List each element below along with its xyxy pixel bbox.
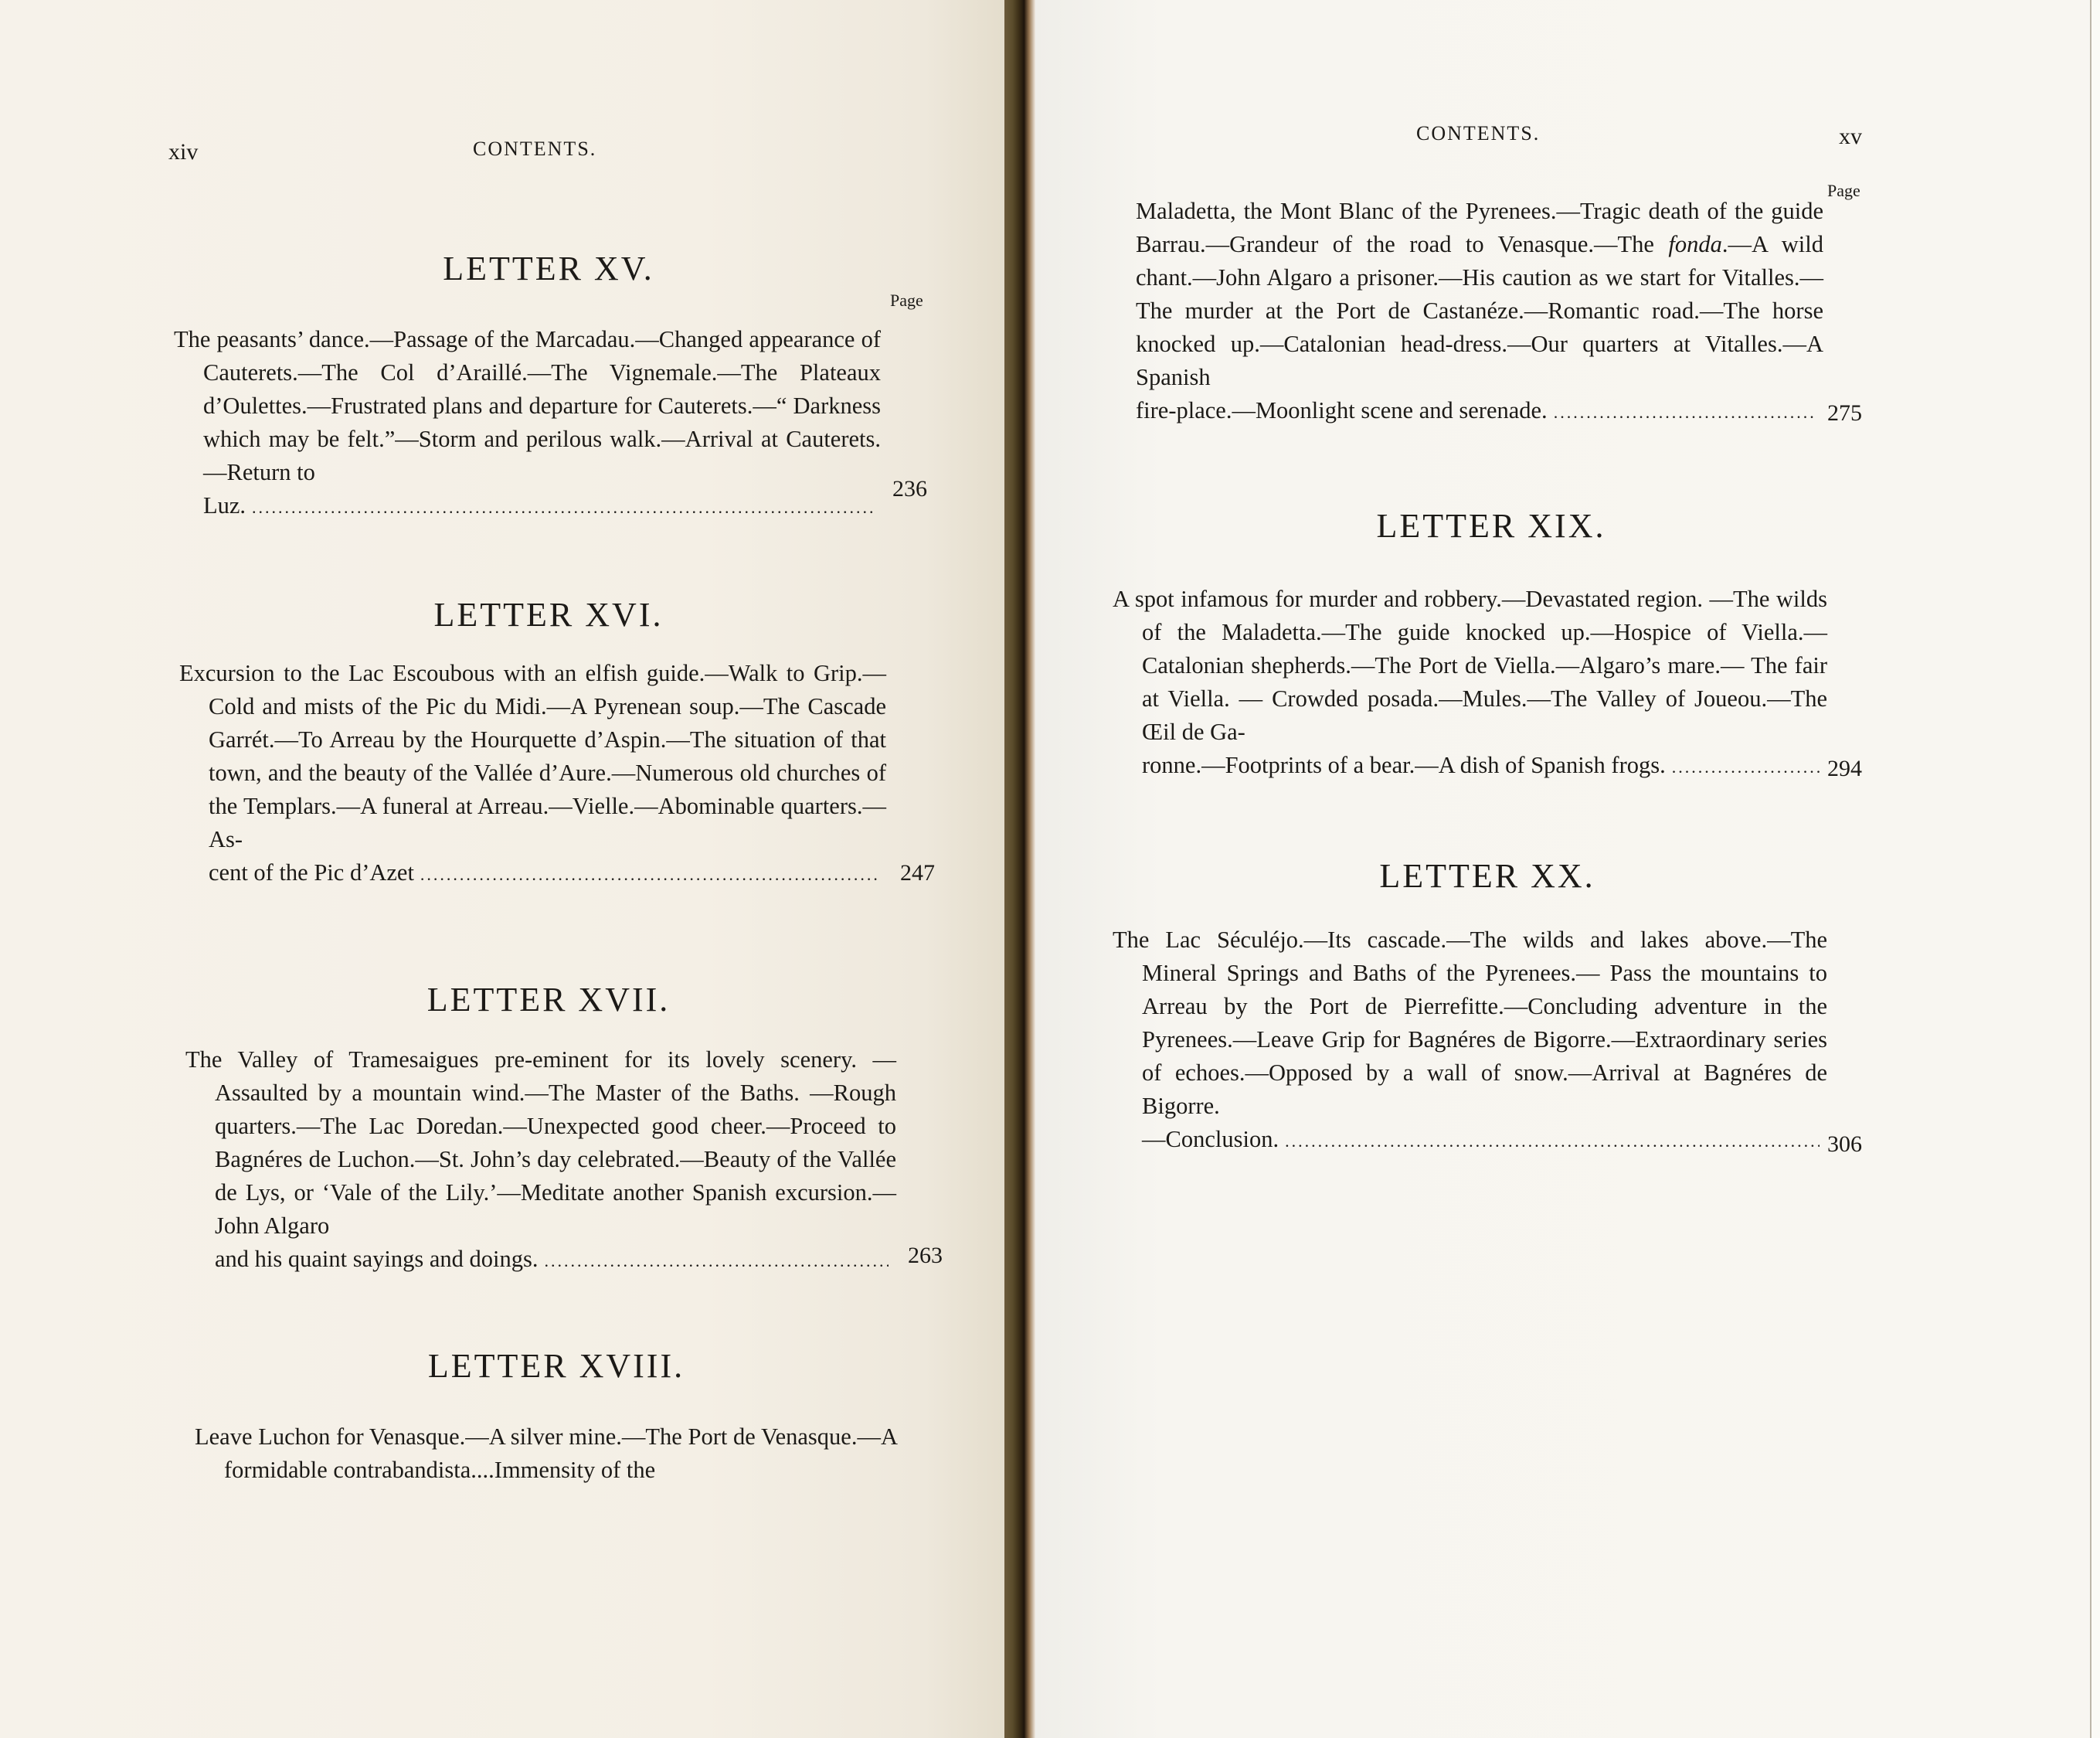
toc-entry-continued: Maladetta, the Mont Blanc of the Pyrenee… bbox=[1136, 195, 1823, 429]
letter-title: LETTER XV. bbox=[278, 249, 819, 288]
toc-entry-text: Leave Luchon for Venasque.—A silver mine… bbox=[195, 1423, 898, 1483]
toc-entry-italic: fonda bbox=[1668, 231, 1721, 257]
gutter-shadow bbox=[1025, 0, 1035, 1738]
toc-entry-text: The Lac Séculéjo.—Its cascade.—The wilds… bbox=[1113, 927, 1827, 1119]
toc-entry: A spot infamous for murder and robbery.—… bbox=[1113, 583, 1827, 784]
toc-entry: The Lac Séculéjo.—Its cascade.—The wilds… bbox=[1113, 923, 1827, 1158]
toc-entry: The peasants’ dance.—Passage of the Marc… bbox=[174, 323, 881, 524]
letter-title: LETTER XVI. bbox=[278, 595, 819, 634]
folio-left: xiv bbox=[168, 139, 198, 165]
letter-title: LETTER XVIII. bbox=[286, 1346, 827, 1386]
running-head-right: CONTENTS. bbox=[1416, 122, 1540, 145]
leader-dots: ........................................… bbox=[1285, 1124, 1820, 1158]
left-page: xiv CONTENTS. LETTER XV. Page The peasan… bbox=[0, 0, 1004, 1738]
toc-page-number: 306 bbox=[1827, 1131, 1862, 1158]
book-spread: xiv CONTENTS. LETTER XV. Page The peasan… bbox=[0, 0, 2100, 1738]
running-head-left: CONTENTS. bbox=[473, 138, 596, 161]
toc-page-number: 263 bbox=[908, 1243, 943, 1269]
letter-title: LETTER XX. bbox=[1217, 856, 1758, 896]
toc-entry-tail: ronne.—Footprints of a bear.—A dish of S… bbox=[1142, 749, 1666, 782]
toc-page-number: 236 bbox=[892, 476, 927, 502]
toc-entry-text: A spot infamous for murder and robbery.—… bbox=[1113, 586, 1827, 745]
toc-entry-tail: Luz. bbox=[203, 489, 246, 522]
leader-dots: ........................................… bbox=[420, 858, 878, 891]
page-column-label: Page bbox=[1827, 181, 1860, 201]
toc-entry-text: Excursion to the Lac Escoubous with an e… bbox=[179, 660, 886, 852]
leader-dots: ........................................… bbox=[252, 491, 873, 524]
toc-entry-tail: fire-place.—Moonlight scene and serenade… bbox=[1136, 394, 1548, 427]
toc-page-number: 275 bbox=[1827, 400, 1862, 427]
letter-title: LETTER XIX. bbox=[1221, 506, 1762, 546]
book-gutter bbox=[1004, 0, 1025, 1738]
toc-entry: The Valley of Tramesaigues pre-eminent f… bbox=[185, 1043, 896, 1277]
leader-dots: ........................................… bbox=[1554, 396, 1816, 429]
page-column-label: Page bbox=[890, 291, 923, 311]
toc-entry-tail: cent of the Pic d’Azet bbox=[209, 856, 414, 889]
toc-entry: Excursion to the Lac Escoubous with an e… bbox=[179, 657, 886, 891]
toc-entry-tail: —Conclusion. bbox=[1142, 1123, 1279, 1156]
folio-right: xv bbox=[1839, 124, 1862, 150]
letter-title: LETTER XVII. bbox=[278, 980, 819, 1019]
right-page: CONTENTS. xv Page Maladetta, the Mont Bl… bbox=[1035, 0, 2090, 1738]
toc-entry: Leave Luchon for Venasque.—A silver mine… bbox=[195, 1420, 898, 1487]
toc-entry-tail: and his quaint sayings and doings. bbox=[215, 1243, 539, 1276]
toc-page-number: 247 bbox=[900, 860, 935, 886]
toc-page-number: 294 bbox=[1827, 756, 1862, 782]
toc-entry-text: The peasants’ dance.—Passage of the Marc… bbox=[174, 326, 881, 485]
page-edge bbox=[2090, 0, 2100, 1738]
leader-dots: ........................................… bbox=[545, 1244, 889, 1277]
toc-entry-text: The Valley of Tramesaigues pre-eminent f… bbox=[185, 1046, 896, 1239]
leader-dots: ........................................… bbox=[1672, 750, 1820, 784]
